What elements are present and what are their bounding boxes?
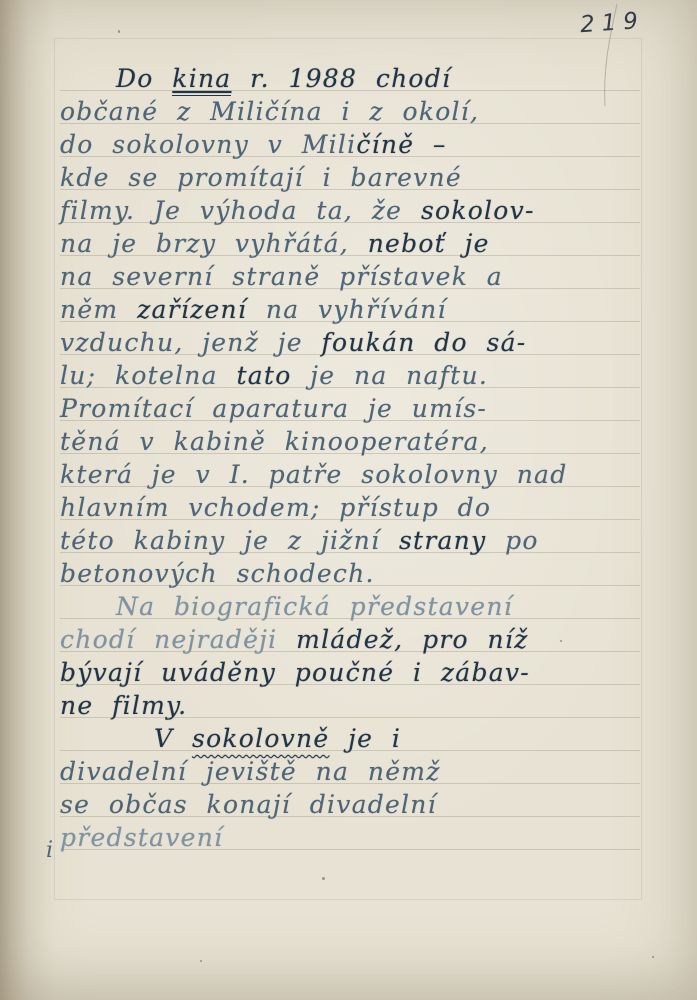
- handwriting-segment: Na biografická představení: [116, 592, 513, 621]
- handwriting-segment: se občas konají divadelní: [60, 790, 437, 819]
- handwriting-segment: sokolovně: [192, 724, 329, 753]
- handwriting-segment: tato: [236, 361, 291, 390]
- handwriting-segment: r. 1988 chodí: [231, 64, 451, 93]
- handwriting-line: lu; kotelna tato je na naftu.: [60, 359, 640, 392]
- handwriting-line: občané z Miličína i z okolí,: [60, 95, 640, 128]
- handwriting-segment: lu; kotelna: [60, 361, 236, 390]
- handwriting-segment: této kabiny je z jižní: [60, 526, 399, 555]
- handwriting-segment: foukán do sá-: [322, 328, 527, 357]
- handwriting-segment: která je v I. patře sokolovny nad: [60, 460, 567, 489]
- handwriting-segment: kina: [172, 64, 231, 96]
- handwriting-line: se občas konají divadelní: [60, 788, 640, 821]
- handwriting-segment: občané z Miličína i z okolí,: [60, 97, 479, 126]
- handwriting-segment: představení: [60, 823, 223, 852]
- page-number: 219: [579, 8, 646, 38]
- handwriting-segment: číně –: [356, 130, 446, 159]
- margin-stray-mark: i: [46, 838, 53, 863]
- handwriting-segment: na severní straně přístavek a: [60, 262, 503, 291]
- handwriting-segment: Do: [116, 64, 172, 93]
- paper-speck: [652, 956, 654, 958]
- handwriting-segment: bývají uváděny poučné i zábav-: [60, 658, 530, 687]
- handwriting-segment: je na naftu.: [292, 361, 489, 390]
- handwriting-segment: betonových schodech.: [60, 559, 375, 588]
- handwriting-line: V sokolovně je i: [60, 722, 640, 755]
- handwriting-line: do sokolovny v Miličíně –: [60, 128, 640, 161]
- handwriting-line: Do kina r. 1988 chodí: [60, 62, 640, 95]
- handwriting-line: divadelní jeviště na němž: [60, 755, 640, 788]
- handwriting-line: ne filmy.: [60, 689, 640, 722]
- handwriting-segment: je i: [329, 724, 401, 753]
- handwriting-line: na severní straně přístavek a: [60, 260, 640, 293]
- handwriting-line: vzduchu, jenž je foukán do sá-: [60, 326, 640, 359]
- handwriting-segment: kde se promítají i barevné: [60, 163, 462, 192]
- handwriting-line: něm zařízení na vyhřívání: [60, 293, 640, 326]
- handwriting-text: Do kina r. 1988 chodíobčané z Miličína i…: [60, 62, 640, 854]
- handwriting-line: kde se promítají i barevné: [60, 161, 640, 194]
- handwriting-line: na je brzy vyhřátá, neboť je: [60, 227, 640, 260]
- handwriting-segment: něm: [60, 295, 137, 324]
- handwriting-segment: ne filmy.: [60, 691, 187, 720]
- handwriting-segment: chodí nejraději: [60, 625, 296, 654]
- handwriting-line: Na biografická představení: [60, 590, 640, 623]
- paper-speck: [322, 877, 325, 880]
- handwriting-segment: filmy. Je výhoda ta, že: [60, 196, 421, 225]
- handwriting-segment: Promítací aparatura je umís-: [60, 394, 487, 423]
- handwriting-segment: těná v kabině kinooperatéra,: [60, 427, 489, 456]
- handwriting-line: betonových schodech.: [60, 557, 640, 590]
- handwriting-line: těná v kabině kinooperatéra,: [60, 425, 640, 458]
- handwriting-segment: sokolov-: [421, 196, 535, 225]
- handwriting-line: představení: [60, 821, 640, 854]
- paper-speck: [560, 640, 562, 642]
- handwriting-segment: zařízení: [137, 295, 247, 324]
- handwriting-segment: neboť je: [368, 229, 490, 258]
- handwriting-segment: vzduchu, jenž je: [60, 328, 322, 357]
- handwriting-line: Promítací aparatura je umís-: [60, 392, 640, 425]
- handwriting-segment: na je brzy vyhřátá,: [60, 229, 368, 258]
- handwriting-line: bývají uváděny poučné i zábav-: [60, 656, 640, 689]
- handwriting-line: hlavním vchodem; přístup do: [60, 491, 640, 524]
- handwriting-segment: po: [486, 526, 538, 555]
- handwriting-segment: na vyhřívání: [247, 295, 447, 324]
- paper-speck: [118, 30, 120, 33]
- handwriting-line: chodí nejraději mládež, pro níž: [60, 623, 640, 656]
- paper-speck: [200, 960, 202, 962]
- handwriting-segment: hlavním vchodem; přístup do: [60, 493, 491, 522]
- handwriting-segment: mládež, pro níž: [296, 625, 528, 654]
- scanned-page: 219 Do kina r. 1988 chodíobčané z Miličí…: [0, 0, 697, 1000]
- handwriting-line: filmy. Je výhoda ta, že sokolov-: [60, 194, 640, 227]
- handwriting-segment: V: [154, 724, 192, 753]
- handwriting-line: která je v I. patře sokolovny nad: [60, 458, 640, 491]
- handwriting-segment: strany: [399, 526, 486, 555]
- handwriting-segment: divadelní jeviště na němž: [60, 757, 441, 786]
- handwriting-segment: do sokolovny v Mili: [60, 130, 356, 159]
- handwriting-line: této kabiny je z jižní strany po: [60, 524, 640, 557]
